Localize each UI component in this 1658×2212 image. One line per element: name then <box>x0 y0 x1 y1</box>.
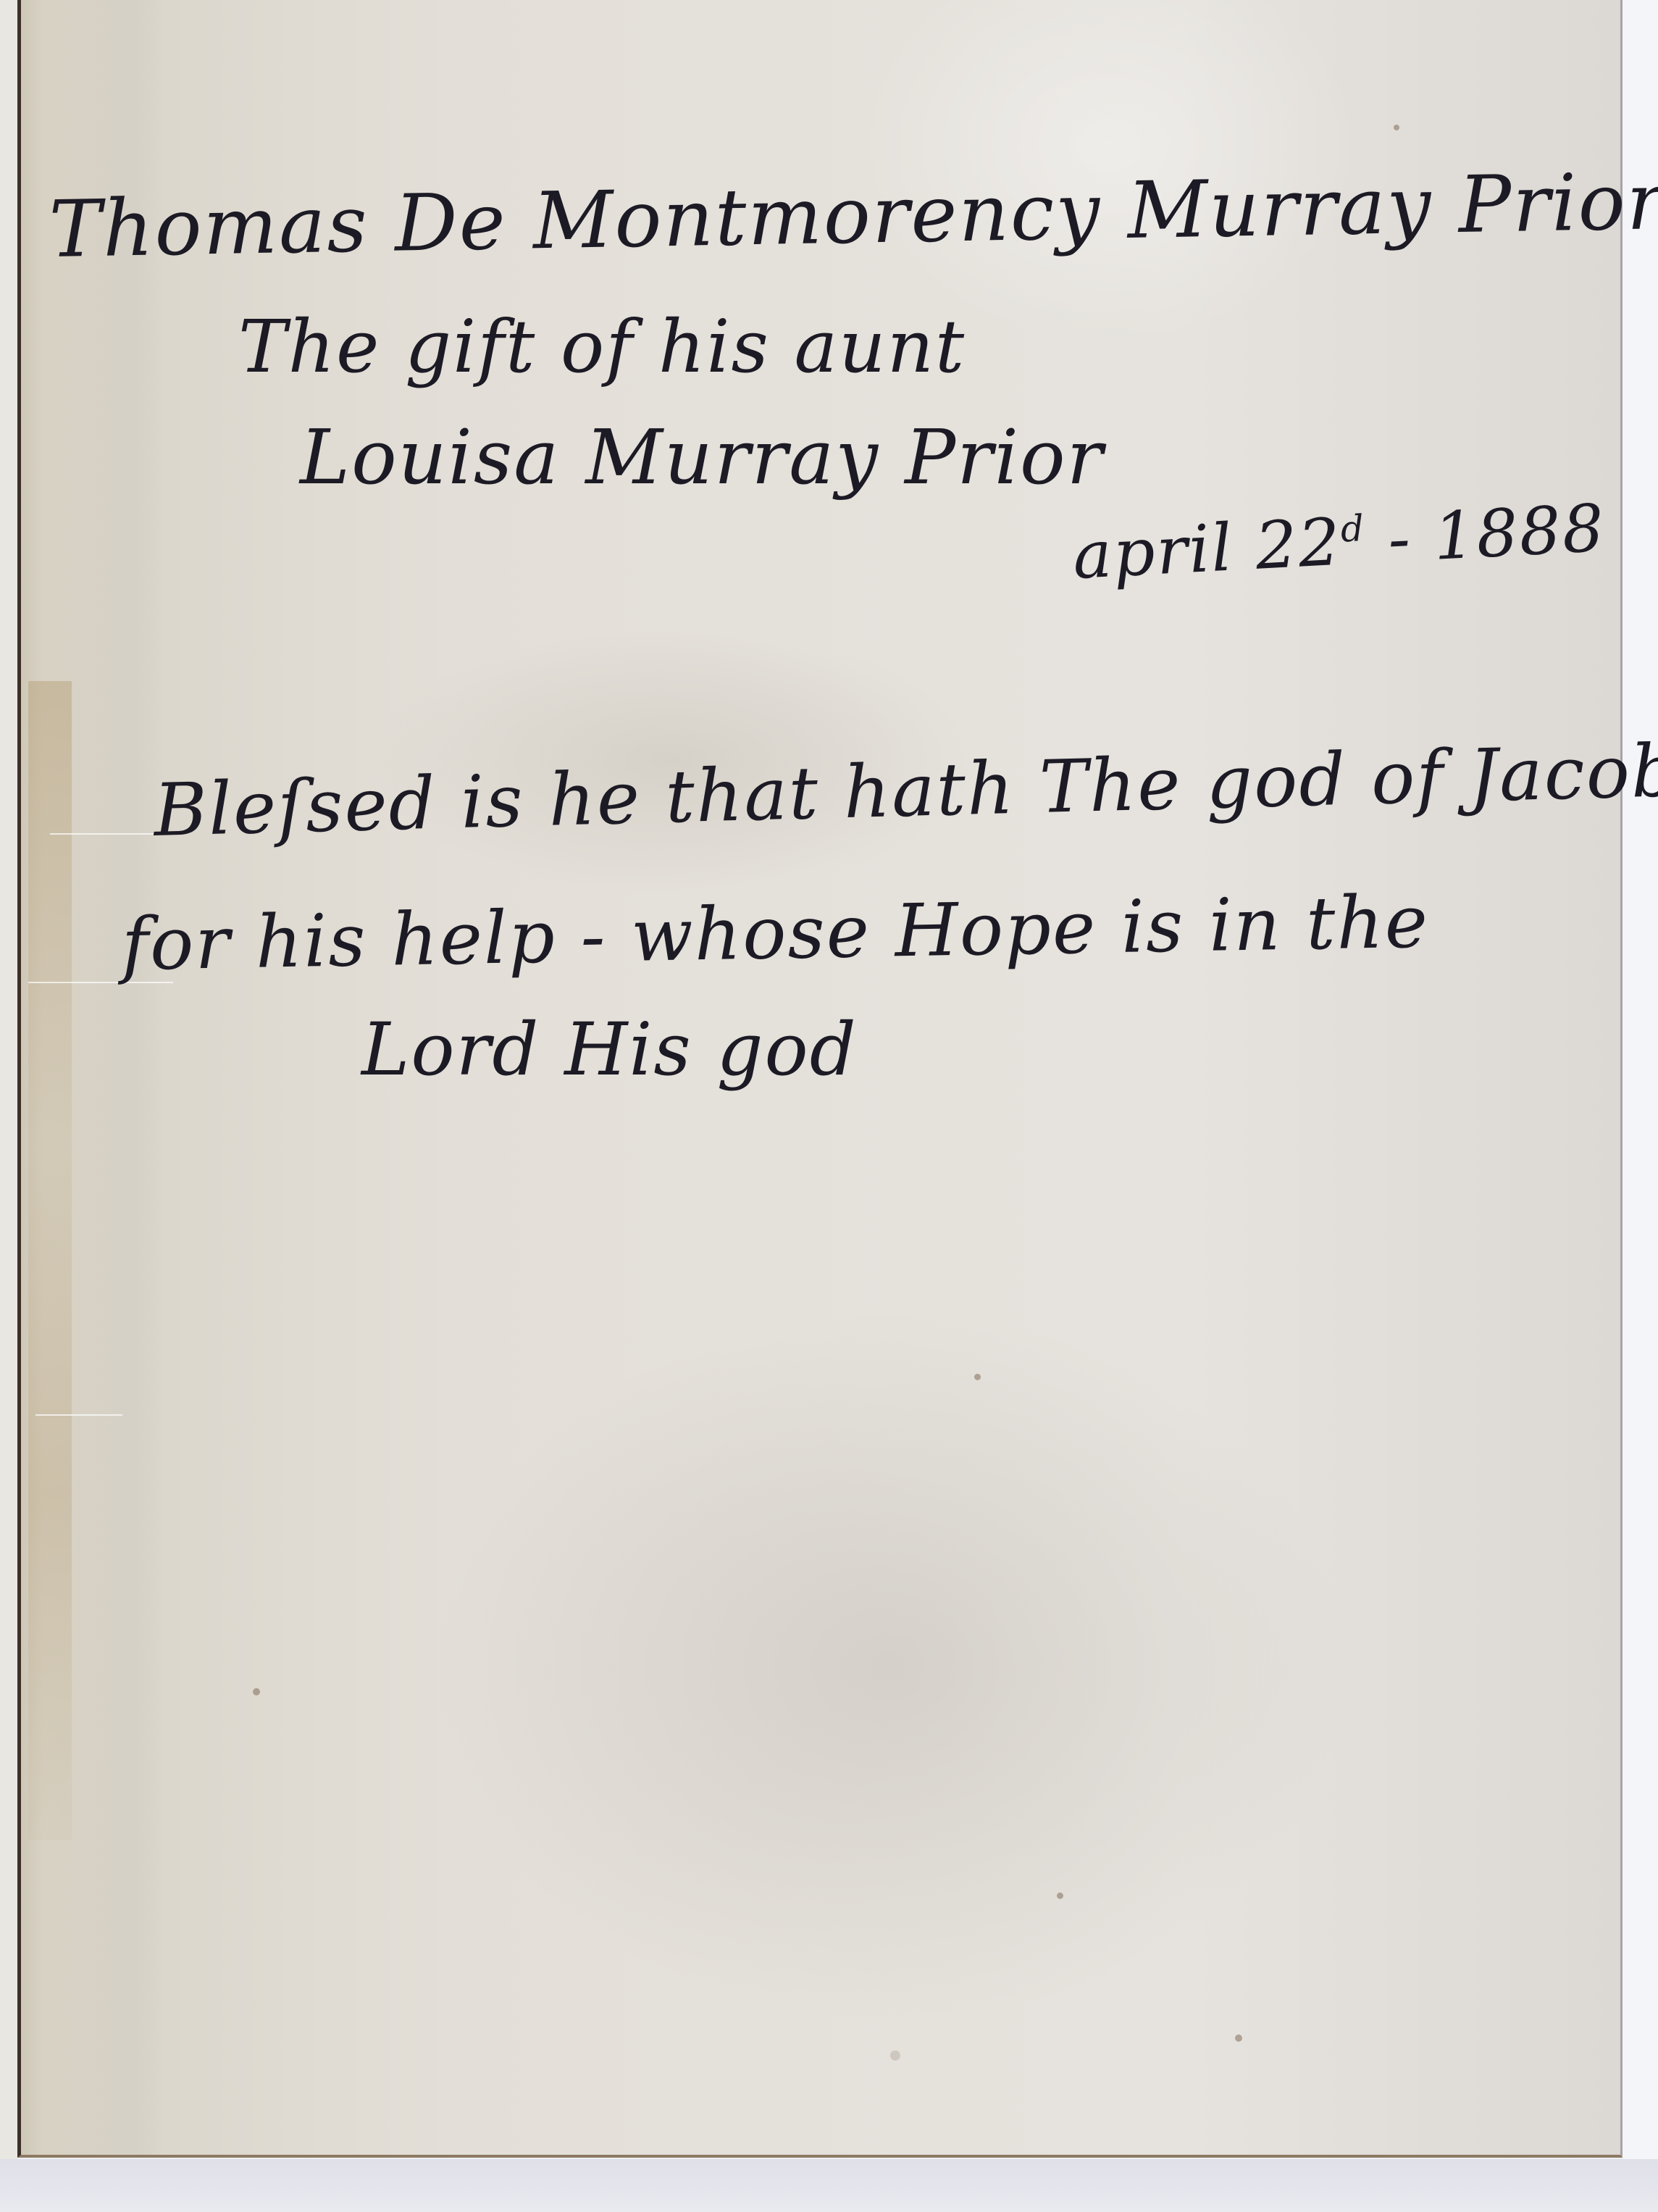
verse-line: Bleſsed is he that hath The god of Jacob <box>153 728 1658 853</box>
book-page: Thomas De Montmorency Murray Prior The g… <box>17 0 1623 2158</box>
date-month-day: april 22 <box>1071 504 1344 594</box>
gutter-stain <box>28 681 72 1840</box>
inscription-date: april 22d - 1888 <box>1071 491 1607 594</box>
date-ordinal: d <box>1339 507 1366 551</box>
foxing-spot <box>1394 125 1399 130</box>
foxing-spot <box>974 1374 981 1380</box>
date-separator: - <box>1364 499 1436 579</box>
date-year: 1888 <box>1431 491 1607 575</box>
foxing-spot <box>1235 2034 1242 2042</box>
verse-line: for his help - whose Hope is in the <box>121 880 1430 987</box>
backdrop-right <box>1623 0 1658 2212</box>
gift-line: The gift of his aunt <box>238 304 966 389</box>
page-crease <box>35 1414 122 1416</box>
foxing-spot <box>890 2050 900 2061</box>
page-crease <box>50 833 166 835</box>
backdrop-left <box>0 0 17 2212</box>
giver-name: Louisa Murray Prior <box>300 413 1104 501</box>
backdrop-bottom <box>0 2159 1658 2212</box>
foxing-spot <box>253 1688 260 1695</box>
verse-line: Lord His god <box>361 1007 858 1092</box>
recipient-name: Thomas De Montmorency Murray Prior <box>49 156 1658 275</box>
foxing-spot <box>1057 1892 1063 1899</box>
